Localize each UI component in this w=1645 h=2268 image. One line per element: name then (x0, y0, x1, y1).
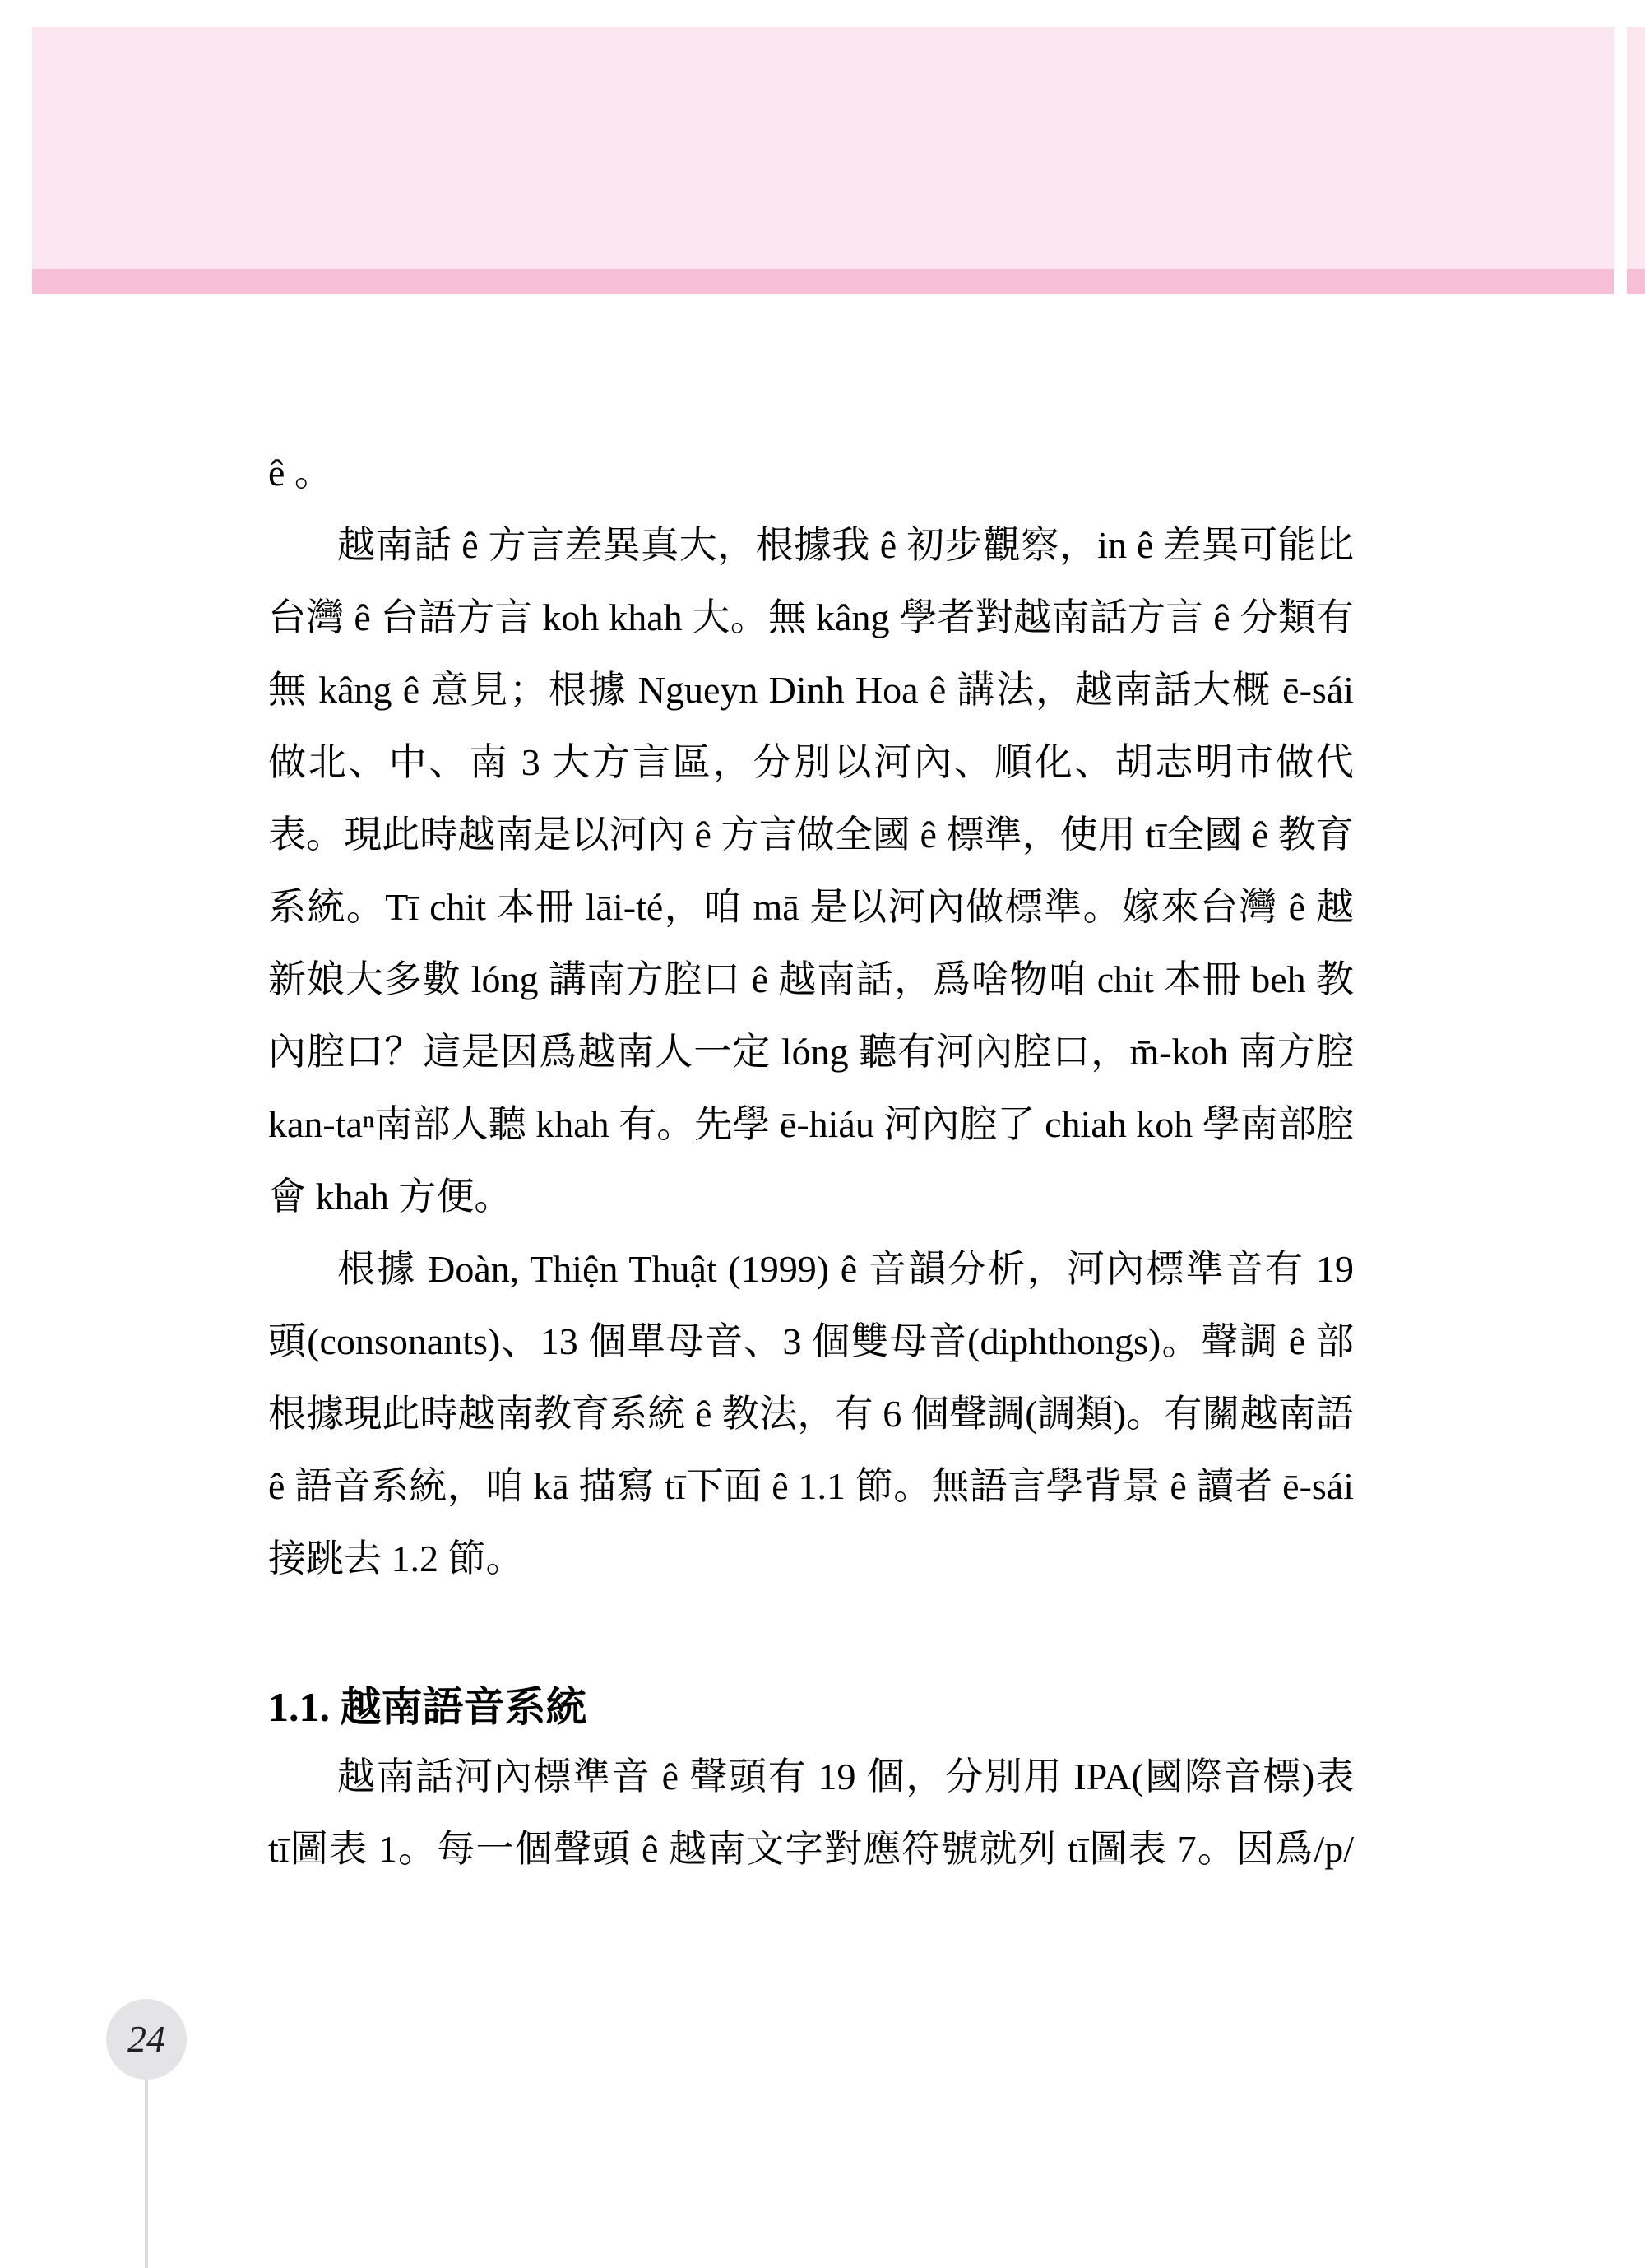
section-heading: 1.1. 越南語音系統 (268, 1671, 1354, 1743)
text-line: 無 kâng ê 意見；根據 Ngueyn Dinh Hoa ê 講法，越南話大… (268, 654, 1354, 726)
text-line: ê 。 (268, 437, 1354, 509)
body-text-block-2: 越南話河內標準音 ê 聲頭有 19 個，分別用 IPA(國際音標)表示 tī圖表… (268, 1741, 1354, 1885)
text-line: 會 khah 方便。 (268, 1161, 1354, 1233)
text-line: 越南話河內標準音 ê 聲頭有 19 個，分別用 IPA(國際音標)表示 (268, 1741, 1354, 1813)
text-line: tī圖表 1。每一個聲頭 ê 越南文字對應符號就列 tī圖表 7。因爲/p/主 (268, 1813, 1354, 1885)
text-line: 新娘大多數 lóng 講南方腔口 ê 越南話，爲啥物咱 chit 本冊 beh … (268, 944, 1354, 1016)
text-line: kan-taⁿ南部人聽 khah 有。先學 ē-hiáu 河內腔了 chiah … (268, 1088, 1354, 1161)
text-line: 頭(consonants)、13 個單母音、3 個雙母音(diphthongs)… (268, 1306, 1354, 1378)
footer-rule (145, 2080, 148, 2268)
text-line: 做北、中、南 3 大方言區，分別以河內、順化、胡志明市做代 (268, 726, 1354, 799)
header-band (32, 27, 1614, 294)
text-line: 台灣 ê 台語方言 koh khah 大。無 kâng 學者對越南話方言 ê 分… (268, 582, 1354, 654)
header-band-dark-strip (32, 269, 1614, 294)
text-line: ê 語音系統，咱 kā 描寫 tī下面 ê 1.1 節。無語言學背景 ê 讀者 … (268, 1450, 1354, 1523)
page-number: 24 (127, 2018, 165, 2060)
text-line: 接跳去 1.2 節。 (268, 1523, 1354, 1595)
text-line: 越南話 ê 方言差異真大，根據我 ê 初步觀察，in ê 差異可能比 (268, 509, 1354, 582)
body-text-block: ê 。 越南話 ê 方言差異真大，根據我 ê 初步觀察，in ê 差異可能比 台… (268, 437, 1354, 1595)
header-band-side-strip (1627, 27, 1645, 294)
text-line: 內腔口？這是因爲越南人一定 lóng 聽有河內腔口，m̄-koh 南方腔 (268, 1016, 1354, 1088)
text-line: 系統。Tī chit 本冊 lāi-té，咱 mā 是以河內做標準。嫁來台灣 ê… (268, 871, 1354, 944)
book-page: { "page": { "number": "24" }, "colors": … (0, 0, 1645, 2268)
text-line: 表。現此時越南是以河內 ê 方言做全國 ê 標準，使用 tī全國 ê 教育 (268, 799, 1354, 871)
header-band-side-dark-strip (1627, 269, 1645, 294)
page-number-badge: 24 (106, 1999, 187, 2080)
text-line: 根據現此時越南教育系統 ê 教法，有 6 個聲調(調類)。有關越南語 (268, 1378, 1354, 1450)
text-line: 根據 Đoàn, Thiện Thuật (1999) ê 音韻分析，河內標準音… (268, 1233, 1354, 1306)
